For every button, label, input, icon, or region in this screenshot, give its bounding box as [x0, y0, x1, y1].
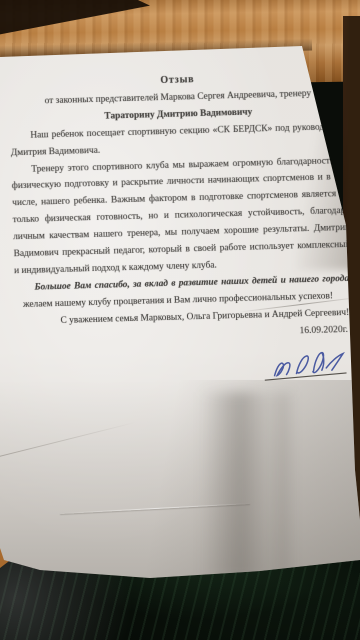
signature-scribble — [273, 352, 343, 376]
paper-shadow-band — [200, 392, 290, 580]
paper-shadow-overlay — [0, 380, 360, 580]
signature-underline — [265, 373, 347, 380]
paper-sheet: Отзыв от законных представителей Маркова… — [0, 0, 360, 640]
photo-frame: Отзыв от законных представителей Маркова… — [0, 0, 360, 640]
document-text: Отзыв от законных представителей Маркова… — [9, 68, 353, 348]
handwritten-signature — [259, 342, 353, 387]
